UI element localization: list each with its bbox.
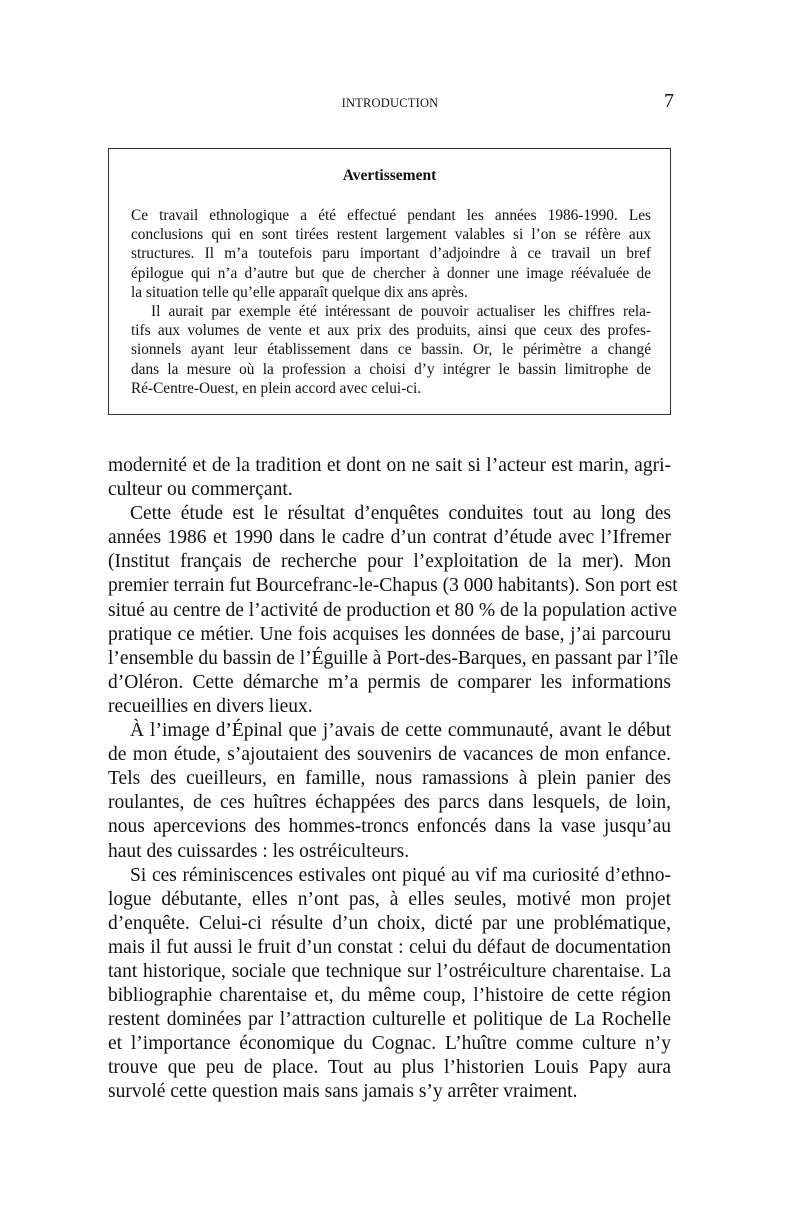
notice-title: Avertissement [109,167,670,185]
text-line: tifs aux volumes de vente et aux prix de… [131,321,651,340]
running-header: INTRODUCTION 7 [0,94,800,114]
notice-body: Ce travail ethnologique a été effectué p… [131,206,651,398]
body-paragraph-4: Si ces réminiscences estivales ont piqué… [108,864,671,1105]
body-paragraph-1: modernité et de la tradition et dont on … [108,454,671,502]
text-line: bibliographie charentaise et, du même co… [108,984,671,1008]
body-paragraph-3: À l’image d’Épinal que j’avais de cette … [108,719,671,864]
text-line: Ré-Centre-Ouest, en plein accord avec ce… [131,379,651,398]
text-line: Si ces réminiscences estivales ont piqué… [108,864,671,888]
text-line: recueillies en divers lieux. [108,695,671,719]
body-paragraph-2: Cette étude est le résultat d’enquêtes c… [108,502,671,719]
text-line: (Institut français de recherche pour l’e… [108,550,671,574]
text-line: situé au centre de l’activité de product… [108,599,671,623]
text-line: trouve que peu de place. Tout au plus l’… [108,1056,671,1080]
text-line: nous apercevions des hommes-troncs enfon… [108,815,671,839]
text-line: haut des cuissardes : les ostréiculteurs… [108,840,671,864]
text-line: l’ensemble du bassin de l’Éguille à Port… [108,647,671,671]
text-line: la situation telle qu’elle apparaît quel… [131,283,651,302]
text-line: dans la mesure où la profession a choisi… [131,360,651,379]
text-line: années 1986 et 1990 dans le cadre d’un c… [108,526,671,550]
running-title: INTRODUCTION [0,96,780,111]
text-line: Il aurait par exemple été intéressant de… [131,302,651,321]
text-line: Tels des cueilleurs, en famille, nous ra… [108,767,671,791]
text-line: modernité et de la tradition et dont on … [108,454,671,478]
body-text: modernité et de la tradition et dont on … [108,454,671,1105]
notice-paragraph-1: Ce travail ethnologique a été effectué p… [131,206,651,302]
text-line: structures. Il m’a toutefois paru import… [131,244,651,263]
text-line: premier terrain fut Bourcefranc-le-Chapu… [108,574,671,598]
notice-paragraph-2: Il aurait par exemple été intéressant de… [131,302,651,398]
text-line: épilogue qui n’a d’autre but que de cher… [131,264,651,283]
text-line: À l’image d’Épinal que j’avais de cette … [108,719,671,743]
text-line: logue débutante, elles n’ont pas, à elle… [108,888,671,912]
text-line: restent dominées par l’attraction cultur… [108,1008,671,1032]
text-line: Ce travail ethnologique a été effectué p… [131,206,651,225]
text-line: et l’importance économique du Cognac. L’… [108,1032,671,1056]
text-line: Cette étude est le résultat d’enquêtes c… [108,502,671,526]
text-line: mais il fut aussi le fruit d’un constat … [108,936,671,960]
notice-box: Avertissement Ce travail ethnologique a … [108,148,671,415]
text-line: roulantes, de ces huîtres échappées des … [108,791,671,815]
text-line: culteur ou commerçant. [108,478,671,502]
text-line: survolé cette question mais sans jamais … [108,1080,671,1104]
text-line: sionnels ayant leur établissement dans c… [131,340,651,359]
text-line: de mon étude, s’ajoutaient des souvenirs… [108,743,671,767]
text-line: tant historique, sociale que technique s… [108,960,671,984]
page-number: 7 [664,90,674,113]
text-line: d’enquête. Celui-ci résulte d’un choix, … [108,912,671,936]
text-line: pratique ce métier. Une fois acquises le… [108,623,671,647]
text-line: d’Oléron. Cette démarche m’a permis de c… [108,671,671,695]
text-line: conclusions qui en sont tirées restent l… [131,225,651,244]
